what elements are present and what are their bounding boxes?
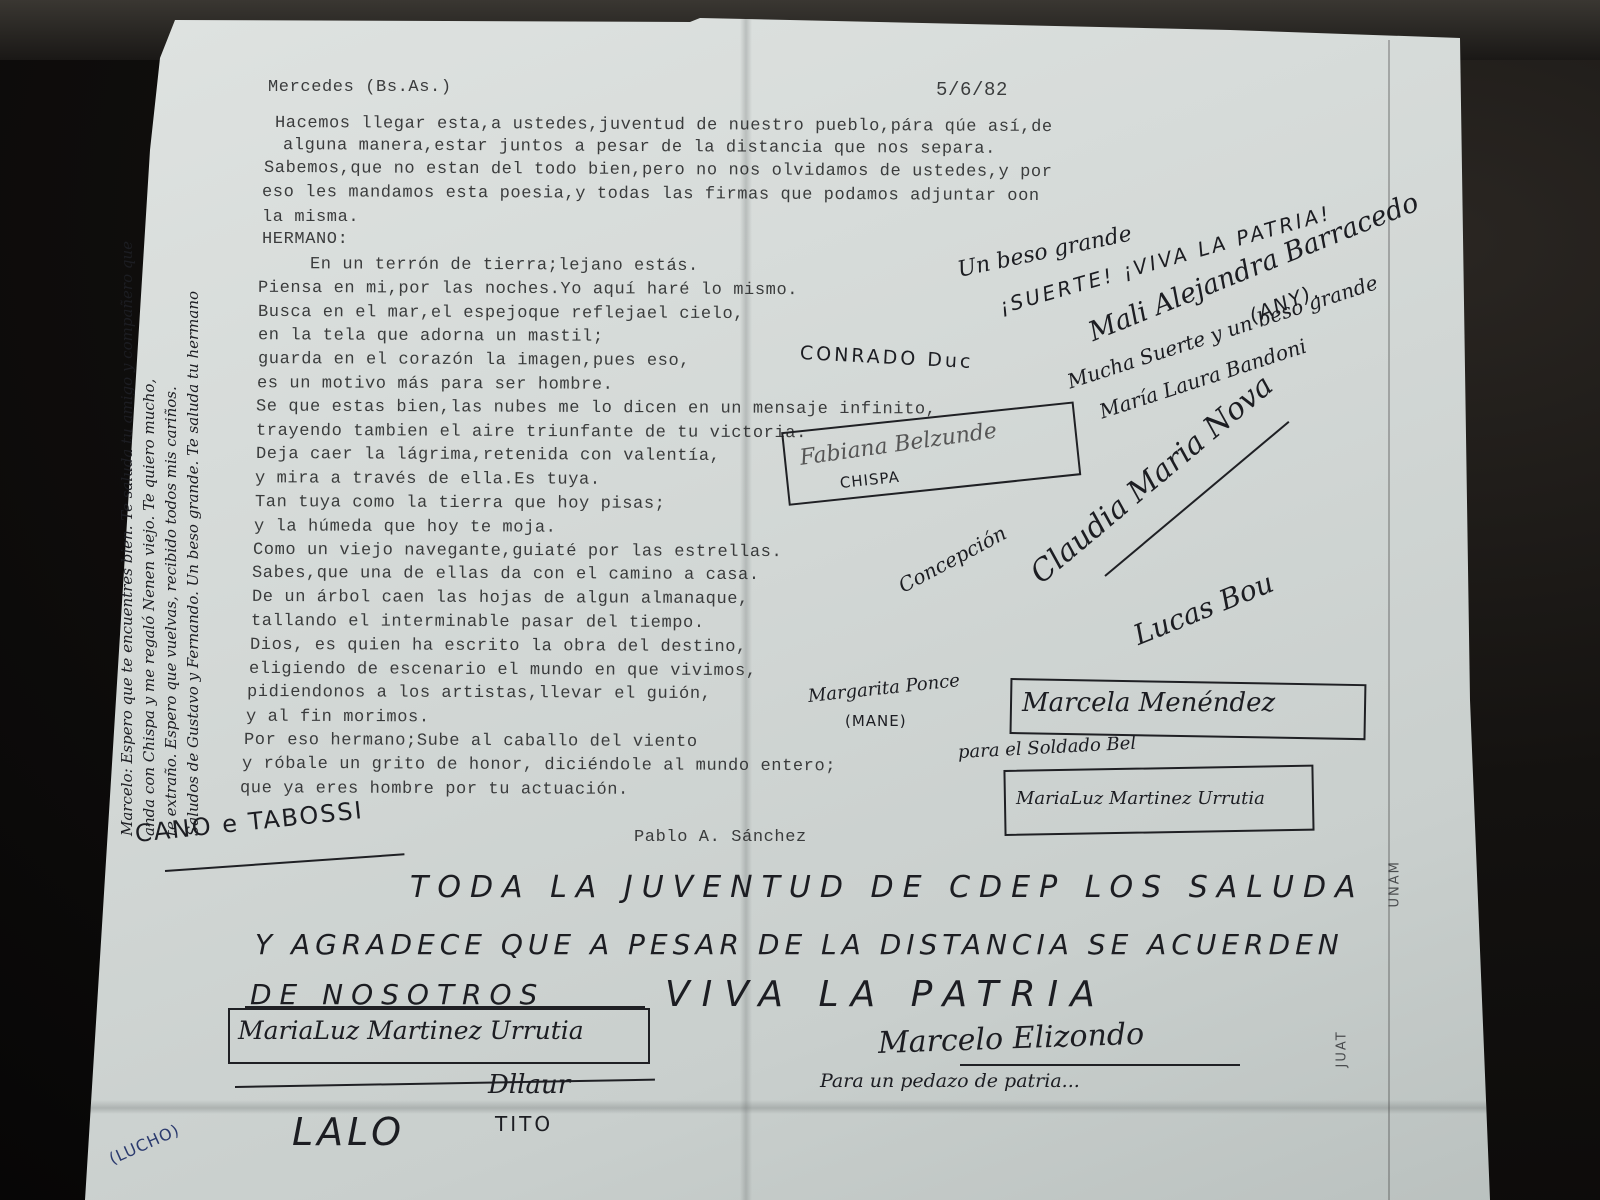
poem-line: que ya eres hombre por tu actuación.: [240, 777, 629, 803]
cdep-message-line-1: TODA LA JUVENTUD DE CDEP LOS SALUDA: [410, 870, 1365, 905]
signature-lalo: LALO: [292, 1110, 405, 1154]
poem-line: Deja caer la lágrima,retenida con valent…: [256, 443, 721, 469]
poem-line: eligiendo de escenario el mundo en que v…: [249, 658, 757, 684]
poem-line: Busca en el mar,el espejoque reflejael c…: [258, 301, 744, 327]
signature-llaur: Dllaur: [488, 1070, 570, 1100]
note-pedazo-de-patria: Para un pedazo de patria...: [820, 1070, 1080, 1092]
poem-line: pidiendonos a los artistas,llevar el gui…: [247, 681, 712, 707]
poem-line: Como un viejo navegante,guiaté por las e…: [253, 539, 782, 565]
poem-line: es un motivo más para ser hombre.: [257, 372, 614, 398]
poem-line: y la húmeda que hoy te moja.: [254, 515, 557, 540]
poem-line: en la tela que adorna un mastil;: [258, 324, 604, 350]
intro-line: la misma.: [262, 206, 359, 230]
poem-line: trayendo tambien el aire triunfante de t…: [256, 420, 807, 446]
poem-line: y al fin morimos.: [246, 706, 430, 731]
intro-line: eso les mandamos esta poesia,y todas las…: [262, 181, 1040, 209]
poem-line: y mira a través de ella.Es tuya.: [255, 467, 601, 493]
signature-mane: (MANE): [845, 712, 907, 730]
poem-line: tallando el interminable pasar del tiemp…: [251, 610, 705, 636]
poem-line: guarda en el corazón la imagen,pues eso,: [258, 348, 690, 374]
poem-line: De un árbol caen las hojas de algun alma…: [252, 586, 749, 612]
poem-line: En un terrón de tierra;lejano estás.: [256, 253, 699, 279]
letter-place: Mercedes (Bs.As.): [268, 76, 452, 100]
poem-line: Se que estas bien,las nubes me lo dicen …: [256, 396, 937, 423]
signature-maria-luz-2: MariaLuz Martinez Urrutia: [238, 1016, 584, 1045]
poem-line: Sabes,que una de ellas da con el camino …: [252, 562, 760, 588]
margin-note-right: JUAT: [1335, 1030, 1350, 1067]
margin-note: Marcelo: Espero que te encuentres bien. …: [116, 241, 204, 836]
signature-maria-luz-1: MariaLuz Martinez Urrutia: [1016, 788, 1265, 809]
salutation: HERMANO:: [262, 228, 348, 252]
poem-line: Piensa en mi,por las noches.Yo aquí haré…: [258, 277, 798, 303]
signature-tito: TITO: [495, 1112, 553, 1136]
poem-line: Tan tuya como la tierra que hoy pisas;: [255, 491, 666, 517]
margin-note-right: UNAM: [1388, 860, 1403, 907]
viva-la-patria: VIVA LA PATRIA: [665, 974, 1107, 1015]
poem-line: Por eso hermano;Sube al caballo del vien…: [244, 729, 698, 755]
letter-date: 5/6/82: [936, 78, 1008, 102]
cdep-message-line-2: Y AGRADECE QUE A PESAR DE LA DISTANCIA S…: [255, 928, 1344, 961]
poem-line: y róbale un grito de honor, diciéndole a…: [242, 753, 836, 780]
letter-author: Pablo A. Sánchez: [634, 826, 807, 850]
underline: [960, 1064, 1240, 1066]
poem-line: Dios, es quien ha escrito la obra del de…: [250, 634, 747, 660]
signature-marcela: Marcela Menéndez: [1022, 688, 1275, 718]
